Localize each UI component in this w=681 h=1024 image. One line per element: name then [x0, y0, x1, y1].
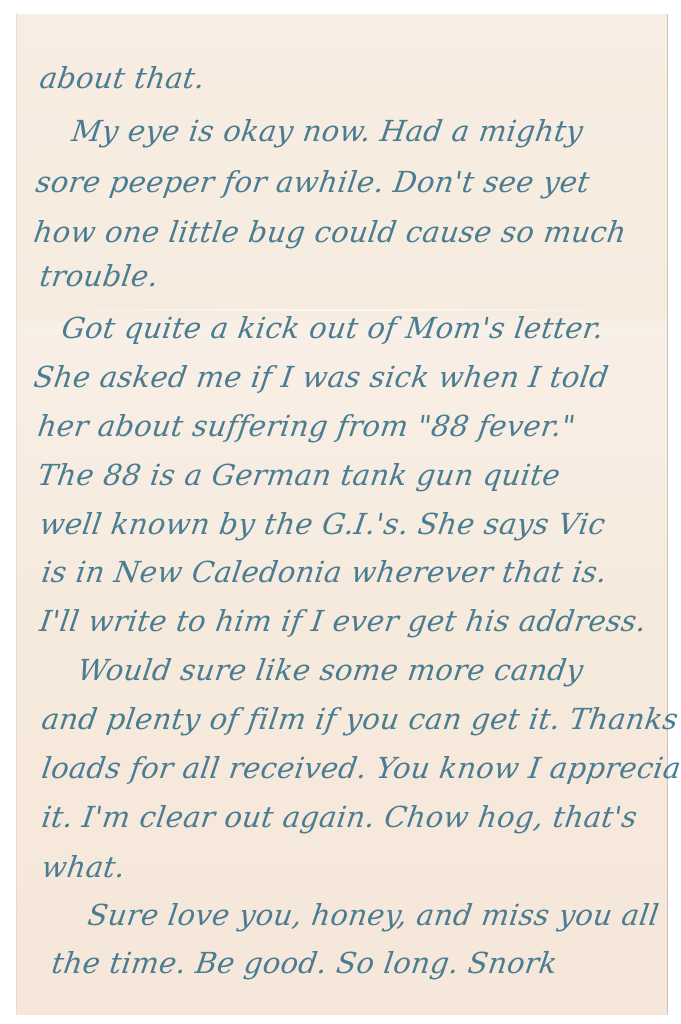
letter-line: Got quite a kick out of Mom's letter.	[60, 311, 606, 345]
letter-line: how one little bug could cause so much	[32, 215, 629, 249]
letter-line: is in New Caledonia wherever that is.	[40, 555, 610, 589]
letter-line: The 88 is a German tank gun quite	[36, 458, 563, 492]
letter-line: Sure love you, honey, and miss you all	[86, 898, 661, 932]
letter-line: it. I'm clear out again. Chow hog, that'…	[40, 800, 640, 834]
letter-line: sore peeper for awhile. Don't see yet	[34, 165, 592, 199]
letter-line: and plenty of film if you can get it. Th…	[40, 702, 681, 736]
letter-line: loads for all received. You know I appre…	[40, 751, 681, 785]
letter-line: about that.	[38, 61, 207, 95]
letter-line: the time. Be good. So long. Snork	[50, 946, 560, 980]
letter-line: I'll write to him if I ever get his addr…	[38, 604, 649, 638]
letter-line: Would sure like some more candy	[76, 653, 586, 687]
letter-line: well known by the G.I.'s. She says Vic	[38, 507, 608, 541]
letter-line: She asked me if I was sick when I told	[32, 360, 611, 394]
letter-line: trouble.	[38, 259, 161, 293]
letter-line: her about suffering from "88 fever."	[36, 409, 578, 443]
letter-line: what.	[40, 850, 128, 884]
letter-line: My eye is okay now. Had a mighty	[70, 114, 586, 148]
